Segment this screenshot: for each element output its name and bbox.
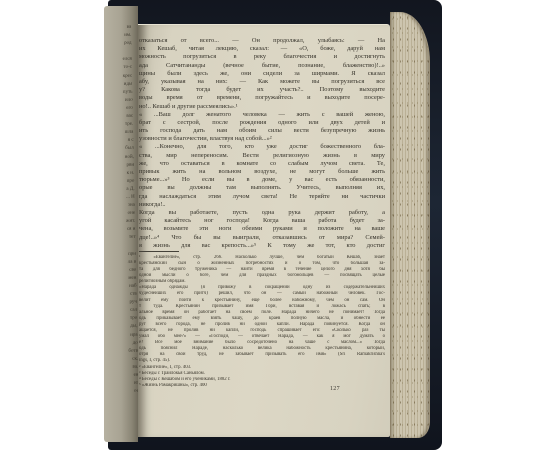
main-text-line: чена, возьмите эти ноги обеими руками и …	[139, 225, 385, 233]
main-text-line: ада Сатчитананды (вечное бытие, познание…	[139, 62, 385, 70]
footnote-line: альное время он работает на своем поле. …	[139, 310, 385, 316]
main-text-line: их Кешаб, читая лекцию, сказал: — «О, бо…	[139, 45, 385, 53]
left-page-fragment: ое	[109, 388, 138, 397]
main-text-line: брат с сестрой, после рождения одного ил…	[139, 119, 385, 127]
right-page: отказаться от всего... — Он продолжал, у…	[138, 24, 390, 437]
main-text-line: привык жить на вольном воздухе, не могут…	[139, 168, 385, 176]
main-text-line: Когда вы работаете, пусть одна рука держ…	[139, 209, 385, 217]
main-text-line: я жизнь для вас крепость...»⁵ К тому же …	[139, 242, 385, 250]
footnote-separator	[139, 251, 179, 252]
main-text-line: ить господа дать нам обоим силы вести бе…	[139, 127, 385, 135]
footnote-line: ⁵ «Жизнь Рамакришны», стр. 400	[139, 383, 385, 389]
main-text-block: отказаться от всего... — Он продолжал, у…	[139, 37, 385, 250]
main-text-line: щины были здесь же, они сидели за ширмам…	[139, 70, 385, 78]
footnote-line: чудеснейших его притч) решил, что он — с…	[139, 291, 385, 297]
left-page-line-endings: ваим.роделсято-скресидыпутьилоеговастре.…	[104, 24, 138, 397]
main-text-line: « ...Конечно, для того, кто уже достиг б…	[139, 143, 385, 151]
main-text-line: у? Какова тогда будет их участь?.. Поэто…	[139, 86, 385, 94]
footnote-line: велит ему пойти к крестьянину, еще более…	[139, 298, 385, 304]
fore-edge-pages	[390, 12, 430, 438]
main-text-line: угой касайтесь ног господа! Когда ваша р…	[139, 217, 385, 225]
footnote-line: одь приказывает ему взять чашу, до краев…	[139, 316, 385, 322]
main-text-line: никогда!..	[139, 201, 385, 209]
main-text-line: же, что оставаться в комнате со слабым л…	[139, 160, 385, 168]
main-text-line: гда наслаждаться этим лучом света! Не те…	[139, 193, 385, 201]
main-text-line: можность погрузиться в реку благочестия …	[139, 53, 385, 61]
book-photo: ваим.роделсято-скресидыпутьилоеговастре.…	[104, 0, 442, 450]
main-text-line: тюрьме...»³ Но если вы в доме, у вас ест…	[139, 176, 385, 184]
page-number: 127	[330, 386, 340, 392]
footnotes-block: ¹ «Евангелие», стр. 266. Насколько лучше…	[139, 255, 385, 389]
main-text-line: отказаться от всего... — Он продолжал, у…	[139, 37, 385, 45]
main-text-line: ства, мир непереносим. Вести религиозную…	[139, 152, 385, 160]
main-text-line: дце!..»⁴ Что бы вы выиграли, отказавшись…	[139, 234, 385, 242]
photo-canvas: ваим.роделсято-скресидыпутьилоеговастре.…	[0, 0, 550, 450]
main-text-line: воды время от времени, погружайтесь и вы…	[139, 94, 385, 102]
left-page-edge: ваим.роделсято-скресидыпутьилоеговастре.…	[104, 6, 138, 442]
footnote-line: т туда. Крестьянин призывает имя Гори, в…	[139, 304, 385, 310]
main-text-line: абу, указывая на них: — Как можете вы по…	[139, 78, 385, 86]
footnote-line: отря на свой труд, не забывает призывать…	[139, 352, 385, 358]
main-text-line: но!.. Кешаб и другие рассмеялись».¹	[139, 103, 385, 111]
main-text-line: « ...Ваш долг женатого человека — жить с…	[139, 111, 385, 119]
main-text-line: узовности и благочестии, властвуя над со…	[139, 135, 385, 143]
main-text-line: орые вы должны там выполнять. Учитесь, в…	[139, 184, 385, 192]
page-text-area: отказаться от всего... — Он продолжал, у…	[139, 37, 385, 389]
